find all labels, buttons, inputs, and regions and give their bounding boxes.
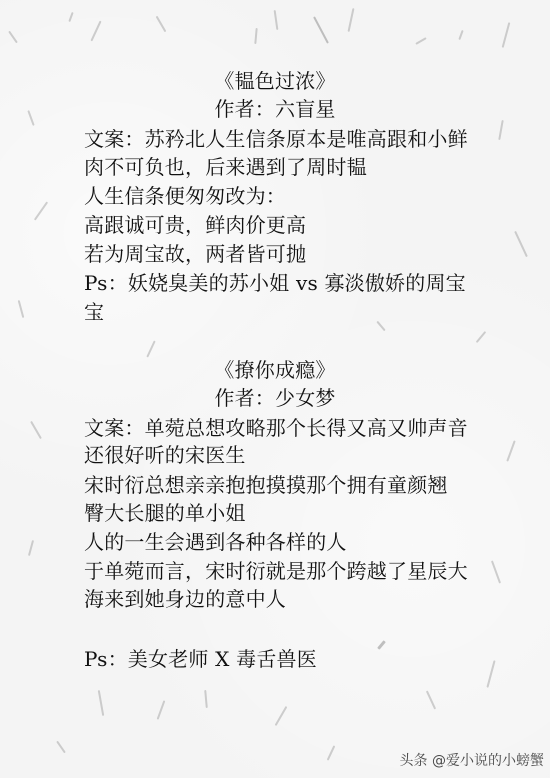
source-watermark: 头条 @爱小说的小螃蟹 <box>400 750 544 770</box>
book-title: 《韫色过浓》 <box>0 69 550 93</box>
synopsis-line: 文案：苏矜北人生信条原本是唯高跟和小鲜 <box>84 127 468 151</box>
synopsis-line: 肉不可负也，后来遇到了周时韫 <box>84 155 367 179</box>
synopsis-line: 文案：单菀总想攻略那个长得又高又帅声音 <box>84 416 468 440</box>
synopsis-line: 高跟诚可贵，鲜肉价更高 <box>84 213 306 237</box>
synopsis-line: 还很好听的宋医生 <box>84 443 246 467</box>
synopsis-line: 人的一生会遇到各种各样的人 <box>84 530 347 554</box>
synopsis-line: 人生信条便匆匆改为： <box>84 184 286 208</box>
synopsis-line: 若为周宝故，两者皆可抛 <box>84 242 306 266</box>
synopsis-line: 臀大长腿的单小姐 <box>84 501 246 525</box>
book-title: 《撩你成瘾》 <box>0 358 550 382</box>
ps-note: Ps：妖娆臭美的苏小姐 vs 寡淡傲娇的周宝 <box>84 271 466 295</box>
synopsis-line: 宋时衍总想亲亲抱抱摸摸那个拥有童颜翘 <box>84 473 448 497</box>
synopsis-line: 海来到她身边的意中人 <box>84 587 286 611</box>
ps-note-continued: 宝 <box>84 300 104 324</box>
synopsis-line: 于单菀而言，宋时衍就是那个跨越了星辰大 <box>84 559 468 583</box>
ps-note: Ps：美女老师 X 毒舌兽医 <box>84 647 317 671</box>
book-author: 作者：少女梦 <box>0 386 550 410</box>
book-author: 作者：六盲星 <box>0 97 550 121</box>
